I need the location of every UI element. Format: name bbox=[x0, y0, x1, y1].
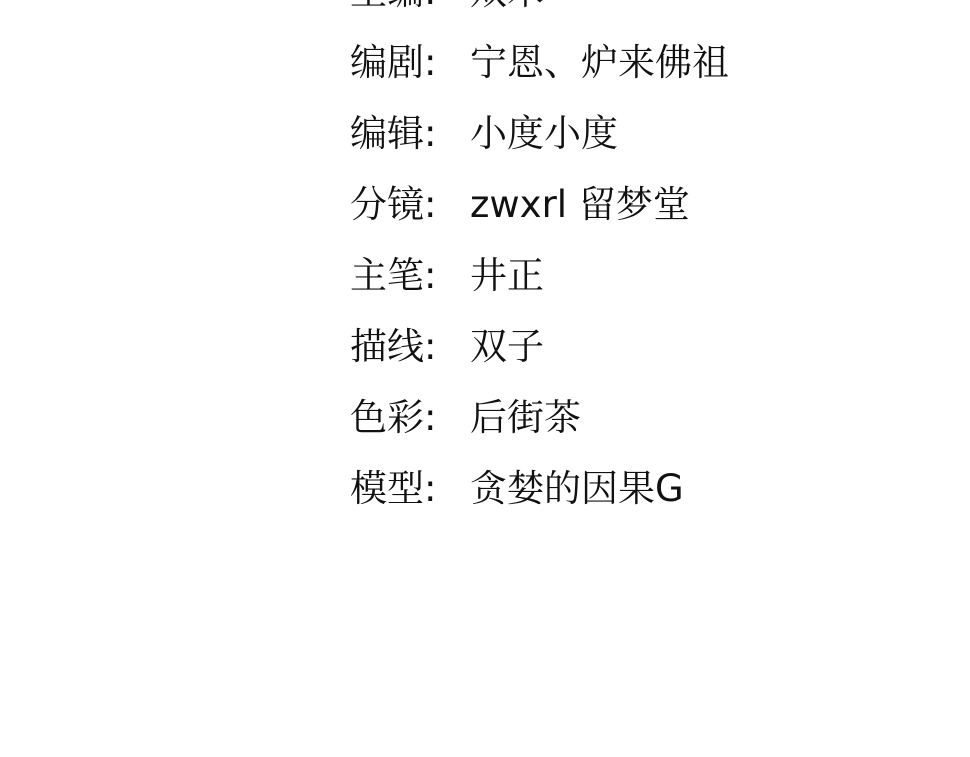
credit-value: 后街茶 bbox=[470, 382, 581, 453]
credit-value: 贪婪的因果G bbox=[470, 453, 684, 524]
credit-row-screenwriter: 编剧: 宁恩、炉来佛祖 bbox=[350, 27, 729, 98]
credit-row-lead-artist: 主笔: 井正 bbox=[350, 240, 729, 311]
credit-row-cut-off: 主编: 双木 bbox=[350, 0, 729, 27]
credit-value: 双子 bbox=[470, 311, 544, 382]
credit-label: 主笔: bbox=[350, 240, 470, 311]
credit-label: 编辑: bbox=[350, 98, 470, 169]
credit-label: 模型: bbox=[350, 453, 470, 524]
credit-label: 色彩: bbox=[350, 382, 470, 453]
credit-label: 描线: bbox=[350, 311, 470, 382]
credit-value: 小度小度 bbox=[470, 98, 618, 169]
credit-value: 井正 bbox=[470, 240, 544, 311]
credit-label: 分镜: bbox=[350, 169, 470, 240]
credit-label: 编剧: bbox=[350, 27, 470, 98]
credit-label: 主编: bbox=[350, 0, 470, 27]
credit-row-editor: 编辑: 小度小度 bbox=[350, 98, 729, 169]
credits-list: 主编: 双木 编剧: 宁恩、炉来佛祖 编辑: 小度小度 分镜: zwxrl 留梦… bbox=[350, 0, 729, 524]
credit-value: 双木 bbox=[470, 0, 544, 27]
credit-row-model: 模型: 贪婪的因果G bbox=[350, 453, 729, 524]
credit-row-storyboard: 分镜: zwxrl 留梦堂 bbox=[350, 169, 729, 240]
credit-row-lineart: 描线: 双子 bbox=[350, 311, 729, 382]
credit-value: 宁恩、炉来佛祖 bbox=[470, 27, 729, 98]
credit-row-colorist: 色彩: 后街茶 bbox=[350, 382, 729, 453]
credit-value: zwxrl 留梦堂 bbox=[470, 169, 690, 240]
